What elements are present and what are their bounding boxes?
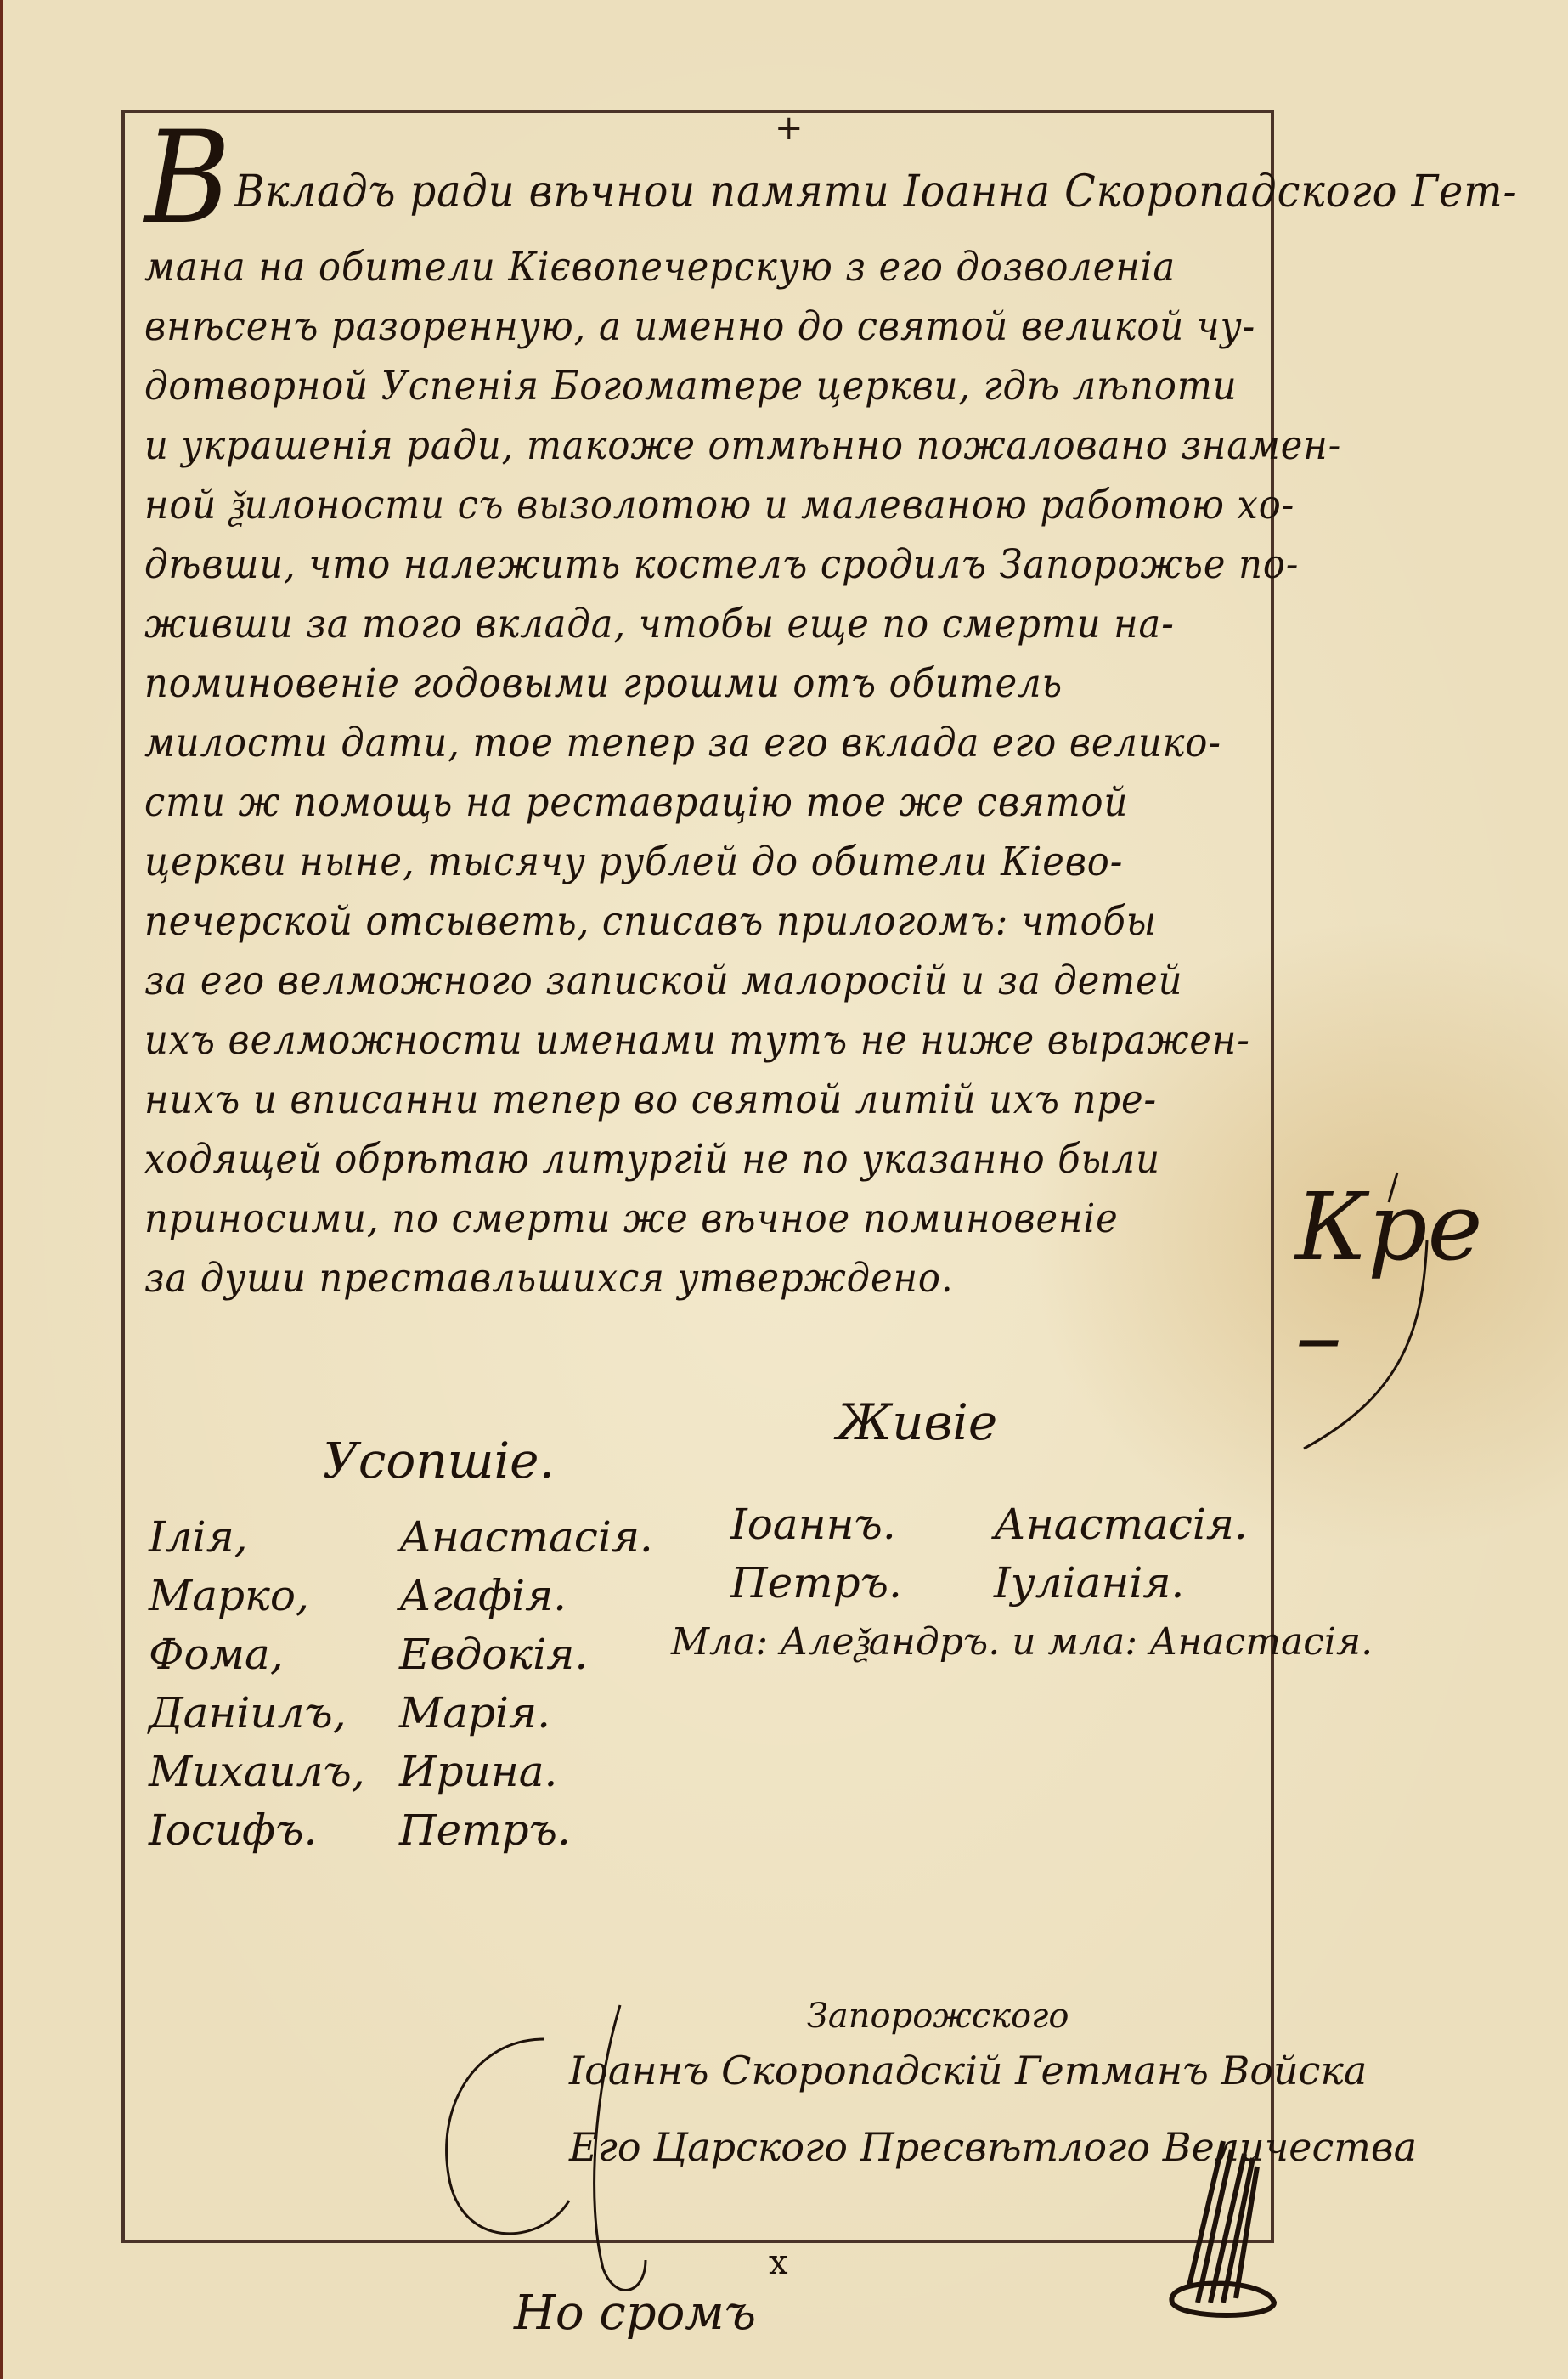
- body-line-15: ихъ велможности именами тутъ не ниже выр…: [144, 1011, 1176, 1071]
- hetman-signature: Запорожского Іоаннъ Скоропадскій Гетманъ…: [552, 2005, 1317, 2311]
- margin-annotation: Кре –: [1287, 1139, 1542, 1461]
- signature-line-2: Его Царского Пресвѣтлого Величества: [569, 2124, 1417, 2170]
- body-line-19: за души преставльшихся утверждено.: [144, 1249, 1176, 1308]
- living-row-3: Мла: Алеѯандръ. и мла: Анастасія.: [671, 1613, 1373, 1671]
- name-entry: Марко,: [149, 1567, 365, 1625]
- deceased-column-1: Ілія, Марко, Фома, Даніилъ, Михаилъ, Іос…: [149, 1508, 365, 1860]
- name-entry: Евдокія.: [399, 1625, 653, 1684]
- name-entry: Даніилъ,: [149, 1684, 365, 1743]
- body-line-9: поминовеніе годовыми грошми отъ обитель: [144, 654, 1176, 714]
- body-line-12: церкви ныне, тысячу рублей до обители Кі…: [144, 833, 1176, 892]
- signature-superscript: Запорожского: [807, 1997, 1069, 2036]
- decorated-initial: В: [144, 105, 231, 252]
- name-entry: и мла: Анастасія.: [1012, 1620, 1373, 1664]
- name-entry: Анастасія.: [994, 1495, 1248, 1554]
- body-line-17: ходящей обрѣтаю литургій не по указанно …: [144, 1130, 1176, 1189]
- x-mark: x: [769, 2243, 788, 2282]
- document-body: ВВкладъ ради вѣчнои памяти Іоанна Скороп…: [144, 127, 1266, 1308]
- name-entry: Фома,: [149, 1625, 365, 1684]
- name-entry: Михаилъ,: [149, 1743, 365, 1801]
- name-entry: Марія.: [399, 1684, 653, 1743]
- body-line-5: и украшенія ради, такоже отмѣнно пожалов…: [144, 416, 1176, 476]
- body-line-13: печерской отсыветь, списавъ прилогомъ: ч…: [144, 892, 1176, 952]
- body-line-3: внѣсенъ разоренную, а именно до святой в…: [144, 297, 1176, 357]
- body-line-2: мана на обители Кієвопечерскую з его доз…: [144, 238, 1176, 297]
- body-line-6: ной ѯилоности съ вызолотою и малеваною р…: [144, 476, 1176, 535]
- living-heading: Живіе: [837, 1393, 997, 1451]
- body-line-18: приносими, по смерти же вѣчное поминовен…: [144, 1189, 1176, 1249]
- deceased-heading: Усопшіе.: [323, 1432, 555, 1489]
- name-entry: Анастасія.: [399, 1508, 653, 1567]
- name-entry: Мла: Алеѯандръ.: [671, 1620, 1000, 1664]
- bottom-note: Но сромъ: [514, 2286, 756, 2341]
- name-entry: Петръ.: [399, 1801, 653, 1860]
- body-line-7: дѣвши, что належить костелъ сродилъ Запо…: [144, 535, 1176, 595]
- body-line-1-text: Вкладъ ради вѣчнои памяти Іоанна Скоропа…: [234, 167, 1518, 218]
- body-line-14: за его велможного запиской малоросій и з…: [144, 952, 1176, 1011]
- name-entry: Ілія,: [149, 1508, 365, 1567]
- name-entry: Іосифъ.: [149, 1801, 365, 1860]
- name-entry: Петръ.: [730, 1554, 902, 1613]
- body-line-10: милости дати, тое тепер за его вклада ег…: [144, 714, 1176, 773]
- body-line-1: ВВкладъ ради вѣчнои памяти Іоанна Скороп…: [144, 127, 1176, 238]
- signature-scribble-icon: [1147, 2133, 1283, 2320]
- name-entry: Ирина.: [399, 1743, 653, 1801]
- name-entry: Іуліанія.: [994, 1554, 1248, 1613]
- body-line-11: сти ж помощь на реставрацію тое же свято…: [144, 773, 1176, 833]
- living-column-1: Іоаннъ. Петръ.: [730, 1495, 902, 1613]
- body-line-8: живши за того вклада, чтобы еще по смерт…: [144, 595, 1176, 654]
- body-line-16: нихъ и вписанни тепер во святой литій их…: [144, 1071, 1176, 1130]
- margin-numeral: Кре –: [1295, 1173, 1542, 1390]
- body-line-4: дотворной Успенія Богоматере церкви, гдѣ…: [144, 357, 1176, 416]
- name-entry: Іоаннъ.: [730, 1495, 902, 1554]
- living-column-2: Анастасія. Іуліанія.: [994, 1495, 1248, 1613]
- name-entry: Агафія.: [399, 1567, 653, 1625]
- deceased-column-2: Анастасія. Агафія. Евдокія. Марія. Ирина…: [399, 1508, 653, 1860]
- signature-line-1: Іоаннъ Скоропадскій Гетманъ Войска: [569, 2048, 1367, 2094]
